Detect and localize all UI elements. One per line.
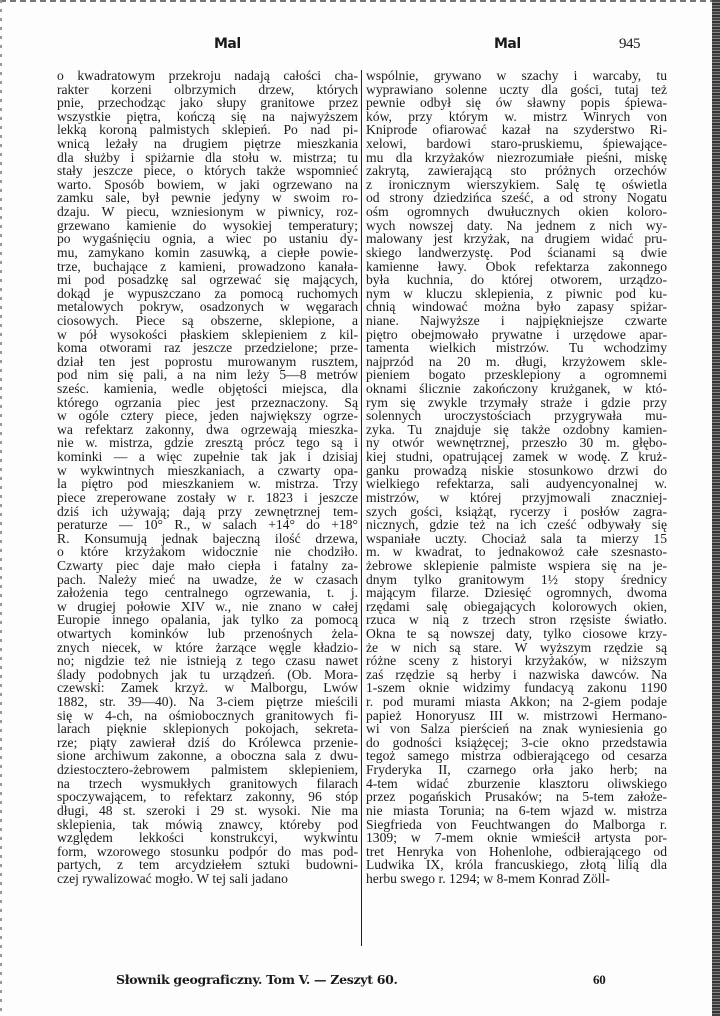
text-line: rym się zwykle trzymały straże i gdzie p… — [366, 396, 667, 410]
text-line: dnym tylko granitowym 1½ stopy średnicy — [366, 573, 667, 587]
text-line: znych niecek, w które żarzące węgle kład… — [57, 641, 358, 655]
text-line: w ogóle cztery piece, jeden największy o… — [57, 409, 358, 423]
text-line: form, wzorowego stosunku podpór do mas p… — [57, 845, 358, 859]
text-line: rakter korzeni olbrzymich drzew, których — [57, 83, 358, 97]
text-line: wspólnie, grywano w szachy i warcaby, tu — [366, 69, 667, 83]
text-line: kominki — a więc zupełnie tak jak i dzis… — [57, 450, 358, 464]
text-line: rzuca w nią z trzech stron rzęsiste świa… — [366, 613, 667, 627]
text-line: się w 4-ch, na ośmiobocznych granitowych… — [57, 709, 358, 723]
text-line: Czwarty piec daje mało ciepła i fatalny … — [57, 559, 358, 573]
running-head-left: Mal — [214, 36, 241, 52]
text-line: piętro obejmowało prywatne i urzędowe ap… — [366, 328, 667, 342]
text-line: Fryderyka II, czarnego orła jako herb; n… — [366, 763, 667, 777]
text-line: stały jeszcze piece, o których także wsp… — [57, 164, 358, 178]
running-head-right: Mal — [494, 36, 521, 52]
text-line: rze; piąty zawierał dziś do Królewca prz… — [57, 736, 358, 750]
text-line: 1309; w 7-mem oknie wmieścił artysta por… — [366, 831, 667, 845]
text-line: wyprawiano solenne uczty dla gości, tuta… — [366, 83, 667, 97]
text-line: herbu swego r. 1294; w 8-mem Konrad Zöll… — [366, 872, 667, 886]
text-line: nie miasta Torunia; na 6-tem wjazd w. mi… — [366, 804, 667, 818]
text-line: po wygaśnięciu ognia, a wiec po ustaniu … — [57, 232, 358, 246]
text-line: na trzech wysmukłych granitowych filarac… — [57, 777, 358, 791]
text-line: warto. Sposób bowiem, w jaki ogrzewano n… — [57, 178, 358, 192]
text-line: dział ten jest poprostu murowanym ruszte… — [57, 355, 358, 369]
text-line: mi pod posadzkę sal ogrzewać się mającyc… — [57, 273, 358, 287]
text-line: mu dla krzyżaków niezrozumiałe pieśni, m… — [366, 151, 667, 165]
text-line: dla służby i spiżarnie dla stołu w. mist… — [57, 151, 358, 165]
text-line: ny otwór wewnętrznej, przeszło 30 m. głę… — [366, 436, 667, 450]
text-line: mu, zamykano komin zasuwką, a ciepłe pow… — [57, 246, 358, 260]
text-line: r. pod murami miasta Akkon; na 2-giem po… — [366, 695, 667, 709]
text-line: rzędami salę obiegających kolorowych oki… — [366, 600, 667, 614]
text-line: dzaju. W piecu, wzniesionym w piwnicy, r… — [57, 205, 358, 219]
text-line: czej rywalizować mogło. W tej sali jadan… — [57, 872, 358, 886]
scan-border-left — [0, 0, 2, 1016]
text-line: larach pięknie sklepionych pokojach, sek… — [57, 722, 358, 736]
text-line: la piętro pod mieszkaniem w. mistrza. Tr… — [57, 477, 358, 491]
text-line: niane. Najwyższe i najpiękniejsze czwart… — [366, 314, 667, 328]
text-line: z ironicznym wierszykiem. Salę tę oświet… — [366, 178, 667, 192]
text-line: ciosowych. Piece są obszerne, sklepione,… — [57, 314, 358, 328]
text-line: m. w kwadrat, to jednakowoż całe szesnas… — [366, 545, 667, 559]
text-line: zaś rzędzie są herby i nazwiska dawców. … — [366, 668, 667, 682]
text-line: skiego landwerzystę. Pod ścianami są dwi… — [366, 246, 667, 260]
text-line: była kuchnia, do której otworem, urządzo… — [366, 273, 667, 287]
text-line: nie w. mistrza, gdzie zresztą prócz tego… — [57, 436, 358, 450]
text-line: pewnie odbył się ów sławny popis śpiewa- — [366, 96, 667, 110]
text-line: spoczywającem, to refektarz zakonny, 96 … — [57, 790, 358, 804]
text-line: pnie, przechodząc jako słupy granitowe p… — [57, 96, 358, 110]
text-line: przez pogańskich Prusaków; na 5-tem zało… — [366, 790, 667, 804]
text-line: czewski: Zamek krzyż. w Malborgu, Lwów — [57, 681, 358, 695]
footer-sheet-number: 60 — [593, 972, 605, 988]
text-line: solennych uroczystościach przygrywała mu… — [366, 409, 667, 423]
text-column-right: wspólnie, grywano w szachy i warcaby, tu… — [366, 69, 667, 886]
text-line: ślady podobnych jak tu urządzeń. (Ob. Mo… — [57, 668, 358, 682]
text-line: mistrzów, w której przyjmowali znaczniej… — [366, 491, 667, 505]
text-line: ków, przy którym w. mistrz Winrych von — [366, 110, 667, 124]
text-line: 1882, str. 39—40). Na 3-ciem piętrze mie… — [57, 695, 358, 709]
text-line: sklepienia, tak mówią znawcy, któreby po… — [57, 818, 358, 832]
text-line: szych gości, książąt, rycerzy i posłów z… — [366, 505, 667, 519]
text-line: wa refektarz zakonny, dwa ogrzewają mies… — [57, 423, 358, 437]
text-line: nym w kluczu sklepienia, z piwnic pod ku… — [366, 287, 667, 301]
text-line: dziestocztero-żebrowem palmistem sklepie… — [57, 763, 358, 777]
text-line: R. Konsumują jednak bajeczną ilość drzew… — [57, 532, 358, 546]
text-line: że w nich są stare. W wyższym rzędzie są — [366, 641, 667, 655]
scan-border-top — [0, 0, 720, 2]
text-line: nicznych, gdzie też na ich cześć odbywał… — [366, 518, 667, 532]
text-line: lekką koroną palmistych sklepień. Po nad… — [57, 123, 358, 137]
text-line: chnią windować można było zapasy spiżar- — [366, 300, 667, 314]
text-line: pieniem bogato przesklepiony a ogromnemi — [366, 368, 667, 382]
text-line: peraturze — 10° R., w salach +14° do +18… — [57, 518, 358, 532]
text-line: ośm ogromnych dwułucznych okien koloro- — [366, 205, 667, 219]
text-line: ganku prowadzą niskie stosunkowo drzwi d… — [366, 464, 667, 478]
text-line: Siegfrieda von Feuchtwangen do Malborga … — [366, 818, 667, 832]
text-line: malowany jest krzyżak, na drugiem widać … — [366, 232, 667, 246]
text-column-left: o kwadratowym przekroju nadają całości c… — [57, 69, 358, 886]
text-line: w pół wysokości płaskiem sklepieniem z k… — [57, 328, 358, 342]
text-line: różne sceny z historyi krzyżaków, w niżs… — [366, 654, 667, 668]
text-line: mającym filarze. Dziesięć ogromnych, dwo… — [366, 586, 667, 600]
text-line: tamenta wielkich mistrzów. Tu wchodzimy — [366, 341, 667, 355]
text-line: wych nowszej daty. Na jednem z nich wy- — [366, 219, 667, 233]
text-line: metalowych pokryw, osadzonych w węgarach — [57, 300, 358, 314]
text-line: w wykwintnych mieszkaniach, a czwarty op… — [57, 464, 358, 478]
text-line: w drugiej połowie XIV w., nie znano w ca… — [57, 600, 358, 614]
text-line: 4-tem widać zburzenie klasztoru oliwskie… — [366, 777, 667, 791]
text-line: wnicą leżały na drugiem piętrze mieszkan… — [57, 137, 358, 151]
text-line: oknami ślicznie zakończony krużganek, w … — [366, 382, 667, 396]
text-line: no; nigdzie też nie istnieją z tego czas… — [57, 654, 358, 668]
text-line: najprzód na 20 m. długi, krzyżowem skle- — [366, 355, 667, 369]
text-line: sione archiwum zakonne, a oboczna sala z… — [57, 749, 358, 763]
text-line: założenia tego centralnego ogrzewania, t… — [57, 586, 358, 600]
text-line: zyka. Tu znajduje się także ozdobny kami… — [366, 423, 667, 437]
text-line: 1-szem oknie widzimy fundacyą zakonu 119… — [366, 681, 667, 695]
text-line: pod nim się pali, a na nim leży 5—8 metr… — [57, 368, 358, 382]
text-line: grzewano kamienie do wysokiej temperatur… — [57, 219, 358, 233]
scan-border-right — [712, 0, 720, 1016]
text-line: papież Honoryusz III w. mistrzowi Herman… — [366, 709, 667, 723]
text-line: wi von Salza pierścień na znak wyniesien… — [366, 722, 667, 736]
text-line: partych, z tem arcydziełem sztuki budown… — [57, 858, 358, 872]
column-divider — [361, 70, 362, 946]
text-line: Europie innego opalania, jak tylko za po… — [57, 613, 358, 627]
text-line: tret Henryka von Hohenlohe, odbierająceg… — [366, 845, 667, 859]
text-line: xelowi, bardowi staro-pruskiemu, śpiewaj… — [366, 137, 667, 151]
text-line: kamienne ławy. Obok refektarza zakonnego — [366, 260, 667, 274]
text-line: długi, 48 st. szeroki i 29 st. wysoki. N… — [57, 804, 358, 818]
text-line: wszystkie piętra, kończą się na najwyższ… — [57, 110, 358, 124]
text-line: względem lekkości konstrukcyi, wykwintu — [57, 831, 358, 845]
text-line: Kniprode ofiarować kazał na szyderstwo R… — [366, 123, 667, 137]
page-number: 945 — [619, 36, 640, 53]
text-line: otwartych kominków lub przenośnych żela- — [57, 627, 358, 641]
text-line: pach. Należy mieć na uwadze, że w czasac… — [57, 573, 358, 587]
text-line: piece zreperowane zostały w r. 1823 i je… — [57, 491, 358, 505]
text-line: zamku sale, był pewnie jedyny w swoim ro… — [57, 191, 358, 205]
text-line: zakrytą, zawierającą sto próżnych orzech… — [366, 164, 667, 178]
text-line: wielkiego refektarza, sali audyencyonaln… — [366, 477, 667, 491]
text-line: Okna te są nowszej daty, tylko ciosowe k… — [366, 627, 667, 641]
text-line: wspaniałe uczty. Chociaż sala ta mierzy … — [366, 532, 667, 546]
text-line: którego ogrzania piec jest przeznaczony.… — [57, 396, 358, 410]
text-line: żebrowe sklepienie palmiste wspiera się … — [366, 559, 667, 573]
text-line: od strony dziedzińca sześć, a od strony … — [366, 191, 667, 205]
text-line: sześc. kamienia, wedle objętości miejsca… — [57, 382, 358, 396]
text-line: kiej studni, opatrującej zamek w wodę. Z… — [366, 450, 667, 464]
text-line: o kwadratowym przekroju nadają całości c… — [57, 69, 358, 83]
text-line: tegoż samego mistrza odbierającego od ce… — [366, 749, 667, 763]
text-line: dziś ich używają; dają przy zewnętrznej … — [57, 505, 358, 519]
text-line: do godności książęcej; 3-cie okno przeds… — [366, 736, 667, 750]
text-line: koma otworami raz jeszcze przedzielone; … — [57, 341, 358, 355]
text-line: trze, buchające z kamieni, prowadzono ka… — [57, 260, 358, 274]
text-line: Ludwika IX, króla francuskiego, złotą li… — [366, 858, 667, 872]
text-line: o które krzyżakom widocznie nie chodziło… — [57, 545, 358, 559]
footer-signature: Słownik geograficzny. Tom V. — Zeszyt 60… — [116, 972, 398, 987]
text-line: dokąd je wypuszczano za pomocą ruchomych — [57, 287, 358, 301]
